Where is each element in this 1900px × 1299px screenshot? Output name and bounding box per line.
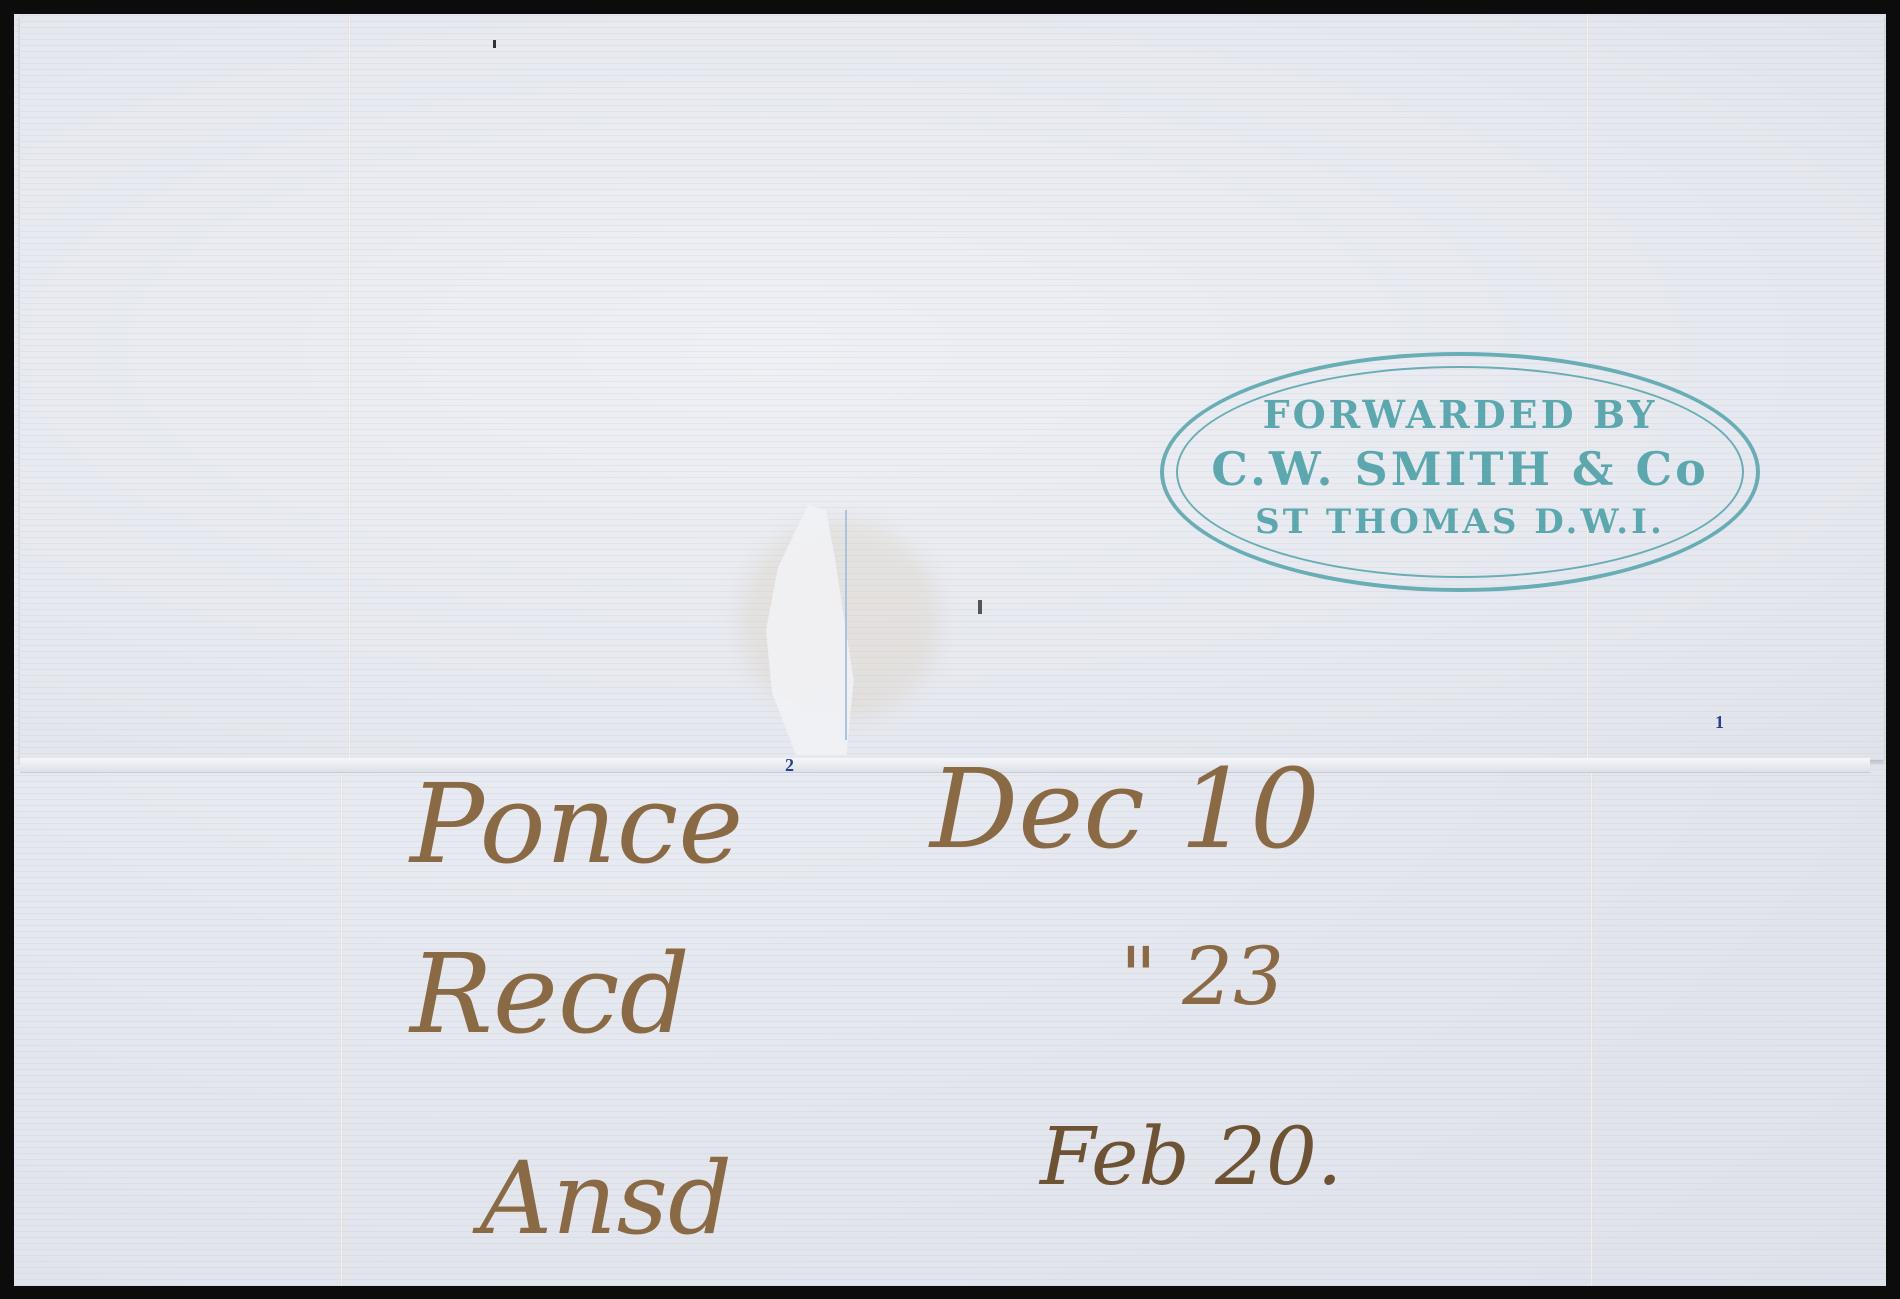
handstamp-line: C.W. SMITH & Co [1160,442,1760,496]
docket-origin-date: Dec 10 [930,745,1320,873]
fold-line [340,772,343,1286]
ink-speck [493,40,496,48]
forwarding-agent-handstamp: FORWARDED BY C.W. SMITH & Co ST THOMAS D… [1160,352,1760,592]
docket-origin: Ponce [410,760,743,888]
fold-line [1590,772,1593,1286]
fold-line [348,14,351,760]
blue-fragment: 1 [1715,712,1724,733]
docket-answered-date: Feb 20. [1040,1110,1342,1203]
docket-answered: Ansd [480,1140,732,1257]
blue-fragment: 2 [785,755,794,776]
docket-received-date: " 23 [1120,930,1284,1023]
handstamp-line: FORWARDED BY [1160,392,1760,437]
handstamp-line: ST THOMAS D.W.I. [1160,502,1760,542]
docket-received: Recd [410,930,690,1058]
seal-ruled-line [845,510,847,740]
ink-speck [978,600,982,614]
